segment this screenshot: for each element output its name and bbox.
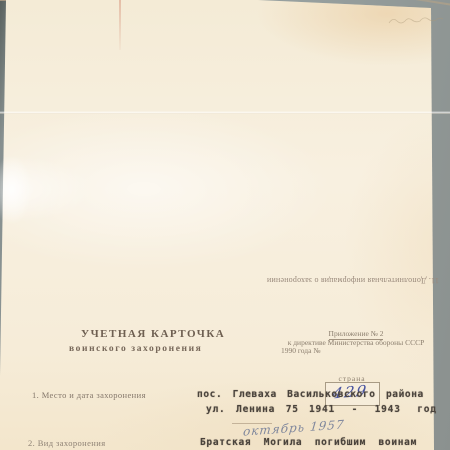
annex-line3: 1990 года № bbox=[281, 346, 320, 355]
field1-typed-years: 1941 - 1943 год bbox=[309, 404, 437, 415]
field1-label: 1. Место и дата захоронения bbox=[32, 390, 146, 400]
field1-typed-value-line1: пос. Глеваха Васильковского района bbox=[197, 389, 424, 400]
field2-typed-value: Братская Могила погибшим воинам bbox=[200, 437, 417, 448]
card-title: УЧЕТНАЯ КАРТОЧКА bbox=[81, 328, 225, 340]
scanned-document-photo: 11. Дополнительная информация о захороне… bbox=[0, 0, 450, 450]
faint-pencil-scribble bbox=[388, 12, 444, 28]
reverse-side-text: 11. Дополнительная информация о захороне… bbox=[207, 276, 439, 285]
field1-typed-value-line2: ул. Ленина 75 bbox=[206, 404, 299, 415]
field2-label: 2. Вид захоронения bbox=[28, 438, 106, 448]
annex-block: Приложение № 2 к директиве Министерства … bbox=[281, 330, 431, 356]
card-subtitle: воинского захоронения bbox=[69, 344, 202, 354]
